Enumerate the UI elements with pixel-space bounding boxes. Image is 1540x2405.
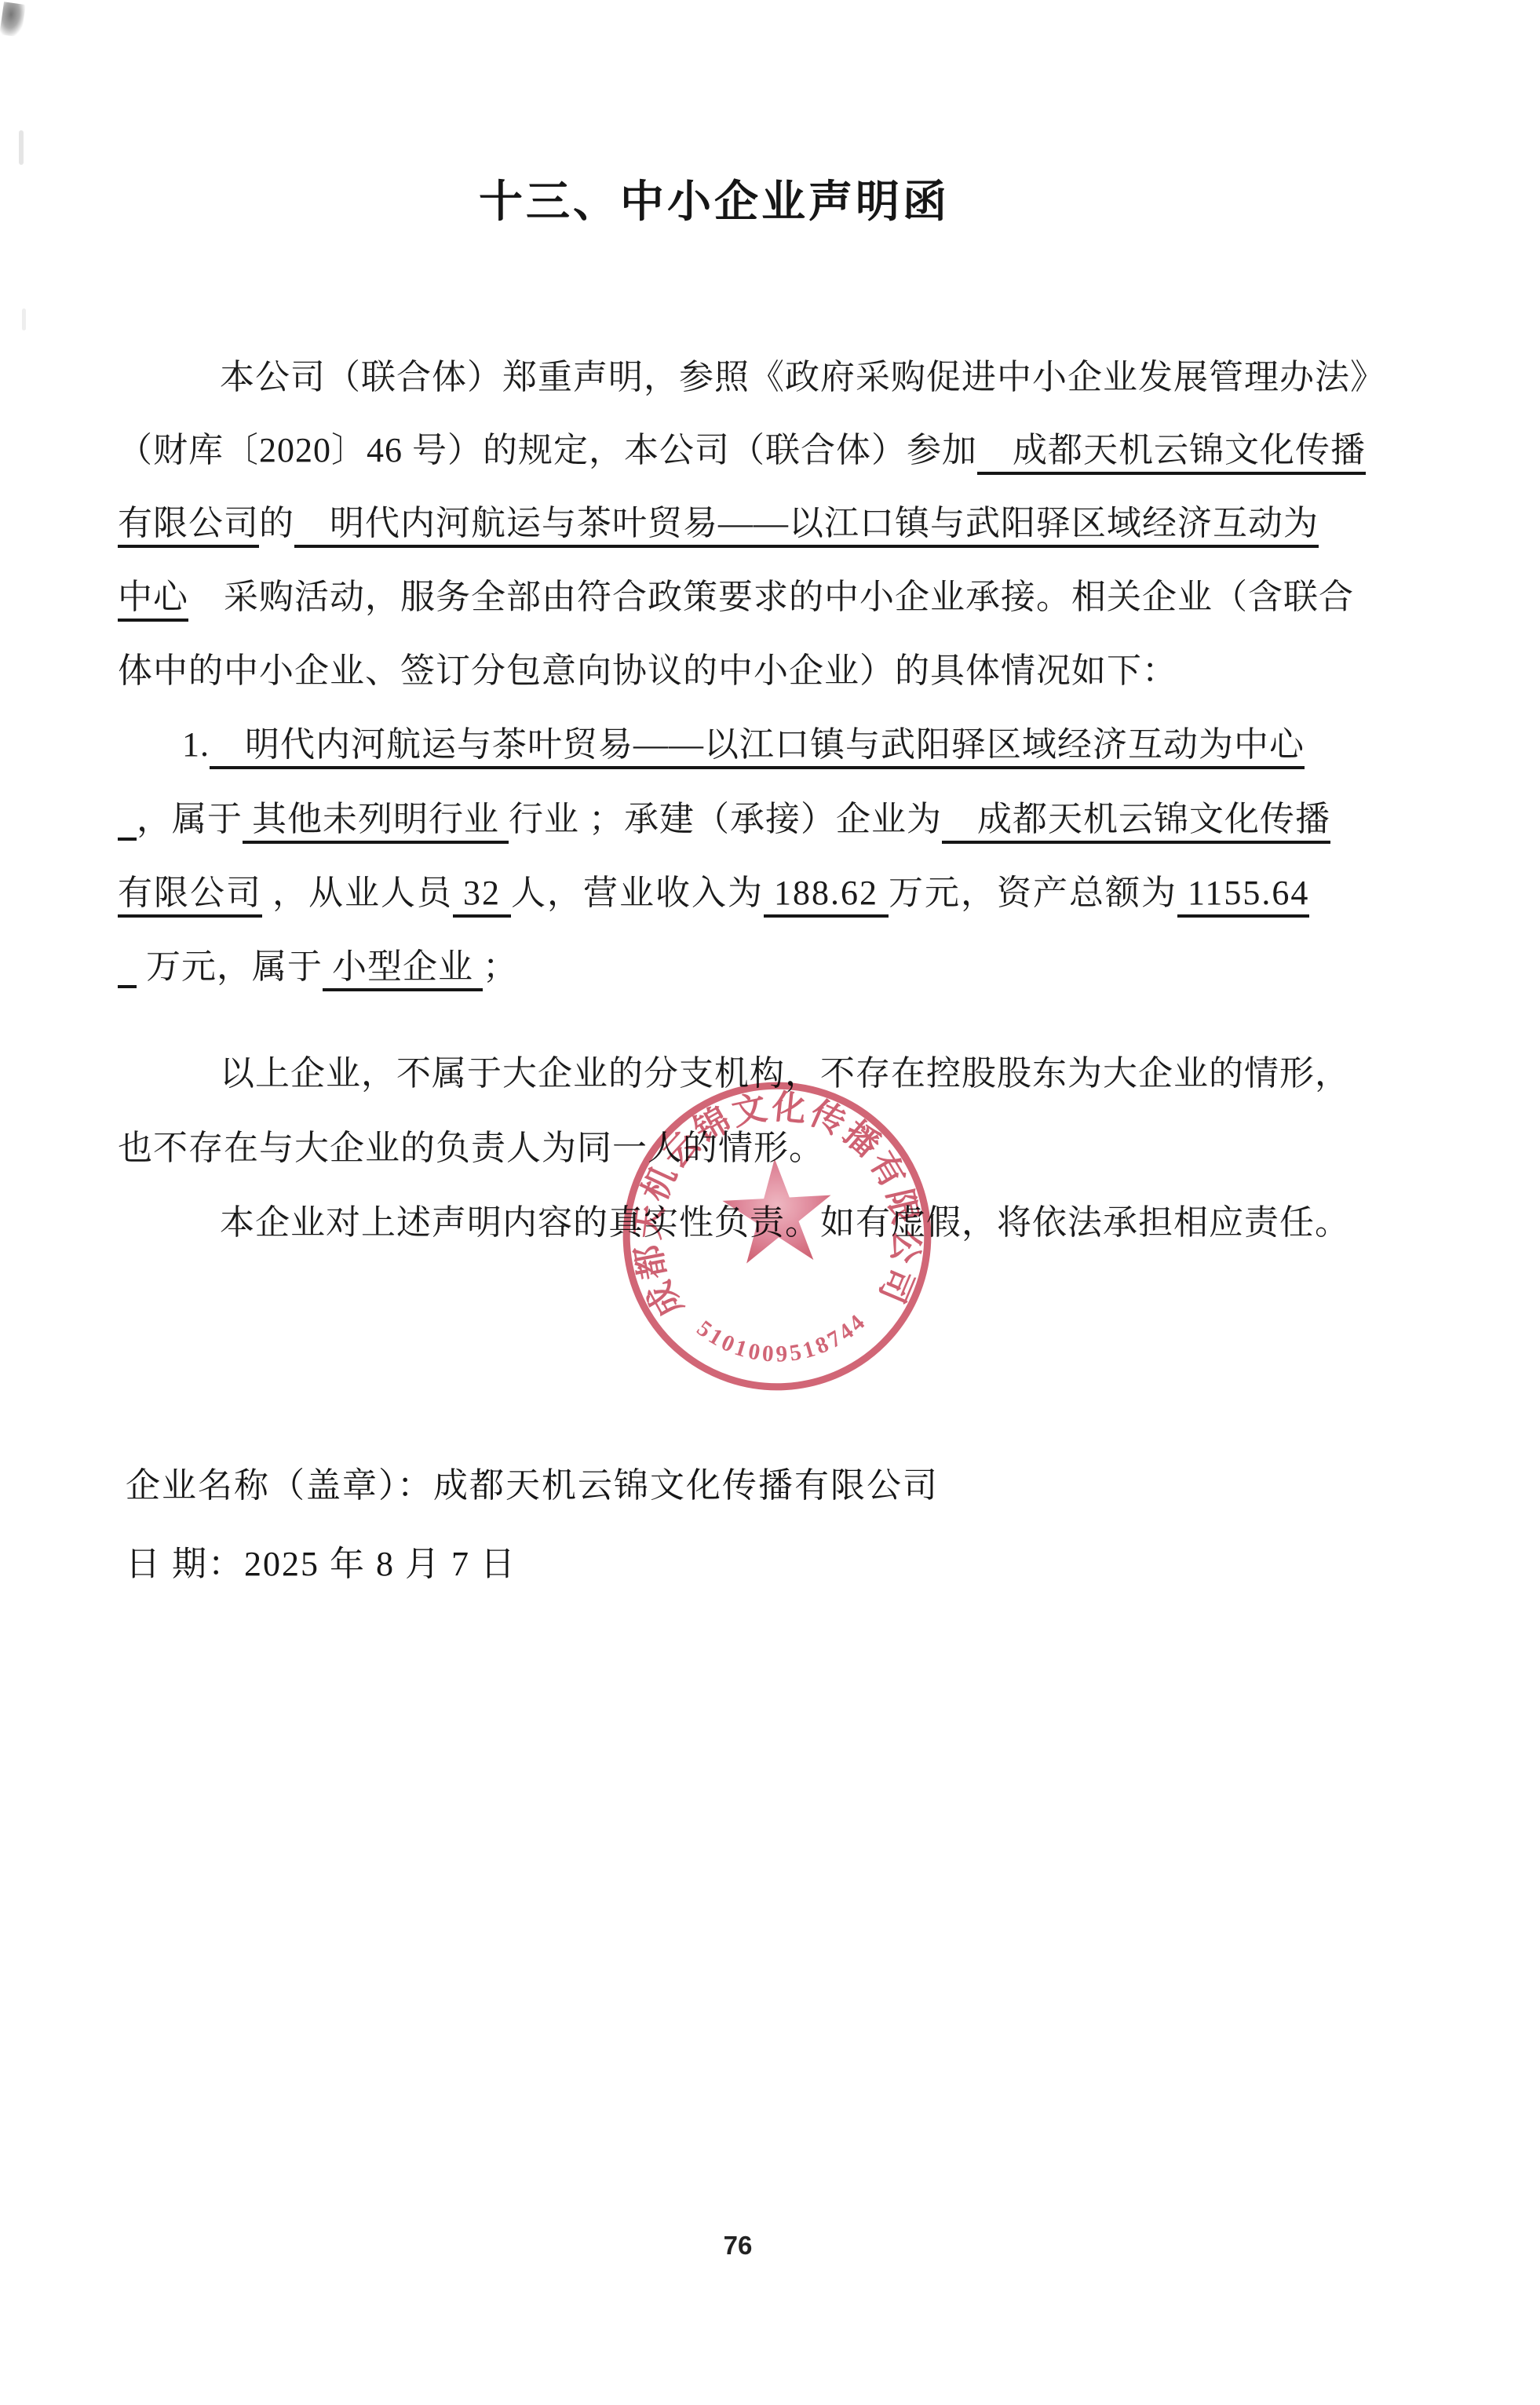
underlined-field-buyer-name-cont: 有限公司 [118,504,259,548]
text-line: 本公司（联合体）郑重声明，参照《政府采购促进中小企业发展管理办法》 [118,341,1491,414]
seal-star-icon [721,1155,834,1264]
text-segment: ； [483,947,518,986]
text-line: 中心 采购活动，服务全部由符合政策要求的中小企业承接。相关企业（含联合 [118,560,1389,634]
text-segment: 行业 ；承建（承接）企业为 [509,800,942,838]
blank-underline-field [118,962,137,988]
text-segment: ，从业人员 [262,874,453,912]
text-line: 有限公司 ，从业人员 32 人，营业收入为 188.62 万元，资产总额为 11… [118,856,1389,930]
underlined-field-enterprise-size: 小型企业 [323,947,483,991]
underlined-field-project-name: 明代内河航运与茶叶贸易——以江口镇与武阳驿区域经济互动为 [294,504,1319,548]
text-segment: 万元，属于 [137,947,323,986]
text-line: ，属于 其他未列明行业 行业 ；承建（承接）企业为 成都天机云锦文化传播 [118,783,1389,856]
underlined-field-total-assets: 1155.64 [1177,874,1309,918]
blank-underline-field [118,814,137,841]
page-number: 76 [702,2231,773,2261]
underlined-field-employee-count: 32 [453,874,511,918]
scan-smudge-artifact [0,2,26,37]
seal-registration-number: 5101009518744 [691,1307,874,1371]
document-page: 十三、中小企业声明函 本公司（联合体）郑重声明，参照《政府采购促进中小企业发展管… [0,0,1540,2405]
text-segment: 本公司（联合体）郑重声明，参照《政府采购促进中小企业发展管理办法》 [220,358,1385,396]
underlined-field-revenue: 188.62 [764,874,889,918]
text-segment: 采购活动，服务全部由符合政策要求的中小企业承接。相关企业（含联合 [188,578,1354,616]
date-line: 日 期：2025 年 8 月 7 日 [126,1529,516,1600]
text-segment: 万元，资产总额为 [889,874,1177,912]
underlined-field-industry: 其他未列明行业 [243,800,509,844]
underlined-field-buyer-name: 成都天机云锦文化传播 [977,431,1366,475]
text-segment: 体中的中小企业、签订分包意向协议的中小企业）的具体情况如下： [118,651,1177,690]
text-line: 体中的中小企业、签订分包意向协议的中小企业）的具体情况如下： [118,634,1389,708]
text-segment: 人，营业收入为 [511,874,764,912]
document-title: 十三、中小企业声明函 [471,177,958,226]
text-line: （财库〔2020〕46 号）的规定，本公司（联合体）参加 成都天机云锦文化传播 [118,414,1389,487]
company-seal: 成都天机云锦文化传播有限公司 5101009518744 [602,1061,952,1411]
underlined-field-contractor-name-cont: 有限公司 [118,874,262,918]
text-segment: ，属于 [137,800,243,838]
company-name-line: 企业名称（盖章）：成都天机云锦文化传播有限公司 [126,1451,939,1521]
underlined-field-project-name-cont: 中心 [118,578,188,622]
text-segment: 的 [259,504,294,542]
text-line: 万元，属于 小型企业 ； [118,930,1389,1004]
scan-edge-artifact [22,308,26,330]
underlined-field-contractor-name: 成都天机云锦文化传播 [942,800,1330,844]
underlined-field-contract-name: 明代内河航运与茶叶贸易——以江口镇与武阳驿区域经济互动为中心 [210,725,1305,769]
text-line: 有限公司的 明代内河航运与茶叶贸易——以江口镇与武阳驿区域经济互动为 [118,487,1389,560]
text-line: 1. 明代内河航运与茶叶贸易——以江口镇与武阳驿区域经济互动为中心 [118,708,1454,782]
list-number: 1. [182,725,210,764]
scan-edge-artifact [19,130,24,165]
text-segment: （财库〔2020〕46 号）的规定，本公司（联合体）参加 [118,431,977,469]
